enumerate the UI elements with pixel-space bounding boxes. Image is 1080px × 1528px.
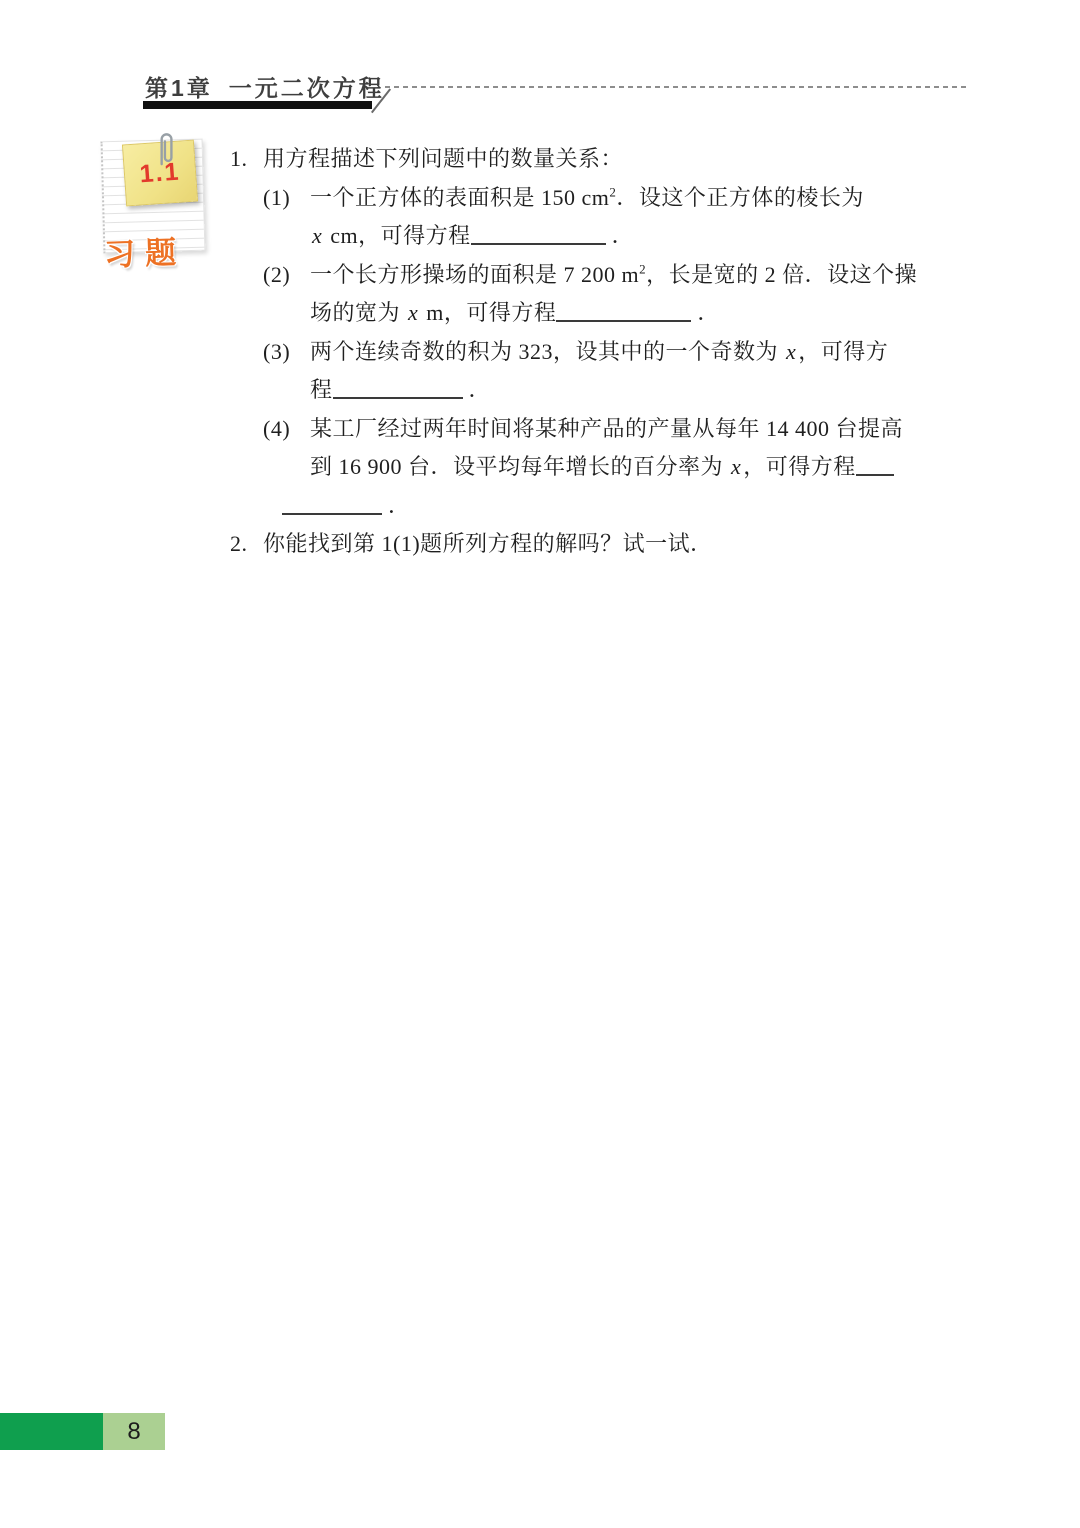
exercise-line: x cm，可得方程 ． xyxy=(230,217,975,256)
exercise-content: 1.用方程描述下列问题中的数量关系：(1)一个正方体的表面积是 150 cm2．… xyxy=(230,140,975,564)
exercise-line: (2)一个长方形操场的面积是 7 200 m2，长是宽的 2 倍．设这个操 xyxy=(230,256,975,295)
item-marker: (1) xyxy=(263,179,310,218)
text-run: ． xyxy=(382,493,411,518)
text-run: cm，可得方程 xyxy=(324,223,470,248)
answer-blank xyxy=(333,393,463,399)
header-underline-bar xyxy=(143,101,372,109)
text-run: 某工厂经过两年时间将某种产品的产量从每年 14 400 台提高 xyxy=(310,416,903,441)
item-marker: 1. xyxy=(230,140,263,179)
exercise-section-icon: 1.1 习题 xyxy=(98,132,212,256)
item-marker: (4) xyxy=(263,410,310,449)
chapter-number: 第1章 xyxy=(145,75,213,101)
text-run: ，可得方 xyxy=(798,339,888,364)
page-number: 8 xyxy=(127,1418,140,1446)
exercise-line: 程 ． xyxy=(230,371,975,410)
text-run: m，可得方程 xyxy=(420,300,556,325)
math-variable: x xyxy=(784,339,798,364)
item-marker: 2. xyxy=(230,525,263,564)
math-variable: x xyxy=(729,454,743,479)
answer-blank xyxy=(471,239,606,245)
item-marker: (3) xyxy=(263,333,310,372)
math-variable: x xyxy=(406,300,420,325)
text-run: ．设这个正方体的棱长为 xyxy=(616,185,864,210)
exercises-label: 习题 xyxy=(103,227,187,275)
exercise-line: ． xyxy=(230,487,975,526)
text-run: ． xyxy=(463,377,492,402)
footer-accent-bar xyxy=(0,1413,103,1450)
textbook-page: 第1章一元二次方程 1.1 习题 1.用方程描述下列问题中的数量关系：(1)一个… xyxy=(0,0,1080,1528)
item-marker: (2) xyxy=(263,256,310,295)
answer-blank xyxy=(856,470,894,476)
exercise-line: 2.你能找到第 1(1)题所列方程的解吗？试一试． xyxy=(230,525,975,564)
exercise-line: 到 16 900 台．设平均每年增长的百分率为 x，可得方程 xyxy=(230,448,975,487)
text-run: 一个正方体的表面积是 150 cm xyxy=(310,185,609,210)
text-run: 程 xyxy=(310,377,333,402)
text-run: 两个连续奇数的积为 323，设其中的一个奇数为 xyxy=(310,339,784,364)
exercise-lines: 1.用方程描述下列问题中的数量关系：(1)一个正方体的表面积是 150 cm2．… xyxy=(230,140,975,564)
header-dashed-rule xyxy=(385,86,968,88)
footer-page-box: 8 xyxy=(103,1413,165,1450)
text-run: ，可得方程 xyxy=(743,454,856,479)
exercise-line: (1)一个正方体的表面积是 150 cm2．设这个正方体的棱长为 xyxy=(230,179,975,218)
text-run: 你能找到第 1(1)题所列方程的解吗？试一试． xyxy=(263,531,713,556)
text-run: 到 16 900 台．设平均每年增长的百分率为 xyxy=(310,454,729,479)
exercise-line: (4)某工厂经过两年时间将某种产品的产量从每年 14 400 台提高 xyxy=(230,410,975,449)
answer-blank xyxy=(556,316,691,322)
paperclip-icon xyxy=(153,130,179,168)
text-run: ，长是宽的 2 倍．设这个操 xyxy=(646,262,917,287)
chapter-title: 一元二次方程 xyxy=(229,75,385,101)
chapter-header: 第1章一元二次方程 xyxy=(145,70,385,104)
text-run: ． xyxy=(691,300,720,325)
text-run: 场的宽为 xyxy=(310,300,406,325)
exercise-line: (3)两个连续奇数的积为 323，设其中的一个奇数为 x，可得方 xyxy=(230,333,975,372)
text-run: 一个长方形操场的面积是 7 200 m xyxy=(310,262,639,287)
exercise-line: 场的宽为 x m，可得方程 ． xyxy=(230,294,975,333)
answer-blank xyxy=(282,509,382,515)
text-run: ． xyxy=(606,223,635,248)
exercise-line: 1.用方程描述下列问题中的数量关系： xyxy=(230,140,975,179)
text-run: 用方程描述下列问题中的数量关系： xyxy=(263,146,623,171)
math-variable: x xyxy=(310,223,324,248)
